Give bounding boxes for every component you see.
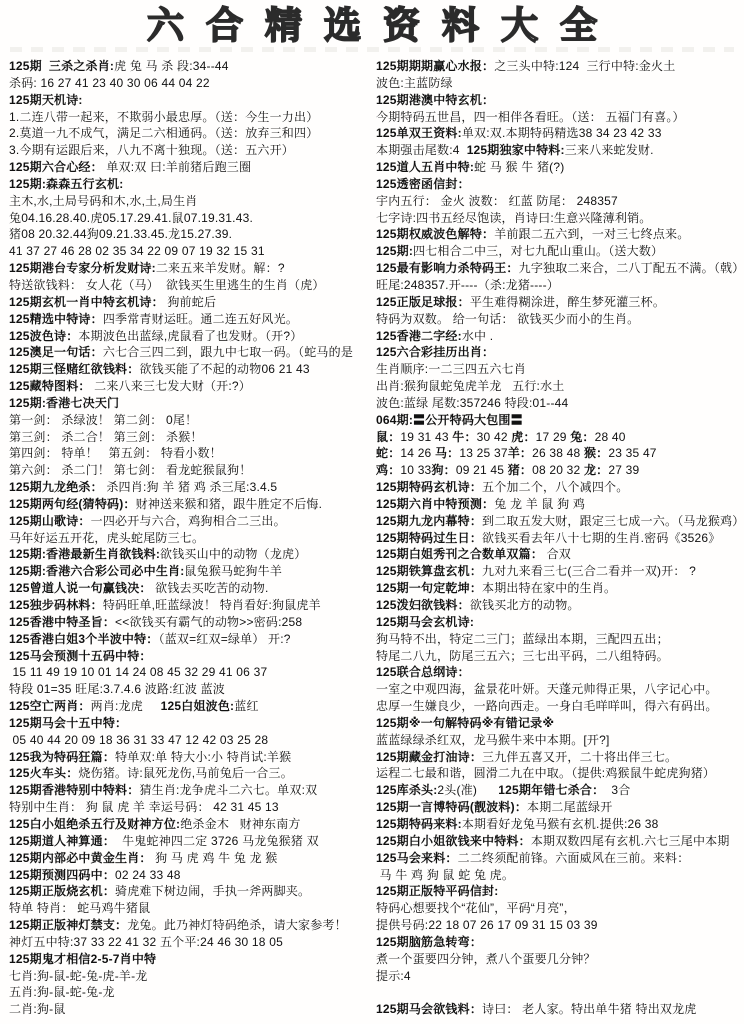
- text-line: 2.莫道一九不成气，满足二六相通码。（送：放弃三和四）: [9, 125, 372, 142]
- section-text: 合双: [543, 547, 571, 561]
- section-label: 125期正版神灯禁支：: [9, 918, 127, 932]
- section-text: 14 26: [400, 446, 435, 460]
- text-line: 125期期期赢心水报：之三头中特:124 三行中特:金火土: [376, 58, 744, 75]
- section-label: 125期两句经(猜特码)：: [9, 497, 136, 511]
- section-text: 05 40 44 20 09 18 36 31 33 47 12 42 03 2…: [9, 733, 268, 747]
- text-line: 125期:香港七决天门: [9, 395, 372, 412]
- section-text: 欲钱买北方的动物。: [470, 598, 580, 612]
- section-text: 五肖:狗-鼠-蛇-兔-龙: [9, 985, 115, 999]
- text-line: 宇内五行： 金火 波数： 红蓝 防尾： 248357: [376, 193, 744, 210]
- text-line: 神灯五中特:37 33 22 41 32 五个平:24 46 30 18 05: [9, 934, 372, 951]
- section-text: 到二取五发大财，跟定三七成一六。（马龙猴鸡）: [482, 514, 744, 528]
- section-text: 七字诗:四书五经尽饱读，肖诗曰:生意兴隆薄利销。: [376, 211, 651, 225]
- text-line: 第三剑： 杀二合！ 第三剑： 杀猴！: [9, 429, 372, 446]
- text-line: 125期三怪赌红欲钱料：欲钱买能了不起的动物06 21 43: [9, 361, 372, 378]
- text-line: 41 37 27 46 28 02 35 34 22 09 07 19 32 1…: [9, 243, 372, 260]
- section-label: 125期权威波色解特：: [376, 227, 494, 241]
- section-text: 水中 .: [462, 329, 493, 343]
- section-label: 125期道人神算通：: [9, 834, 115, 848]
- text-line: 064期:〓公开特码大包围〓: [376, 412, 744, 429]
- section-text: 平生难得糊涂进，醉生梦死灌三杯。: [470, 295, 665, 309]
- section-text: 四七相合二中三，对七九配山重山。（送大数）: [413, 244, 663, 258]
- section-label: 125马会预测十五码中特：: [9, 649, 152, 663]
- section-text: 第三剑： 杀二合！ 第三剑： 杀猴！: [9, 430, 203, 444]
- text-line: 马年好运五开花，虎头蛇尾防三七。: [9, 530, 372, 547]
- text-line: 125期※一句解特码※有错记录※: [376, 715, 744, 732]
- text-line: 特尾二八九，防尾三五六；三七出平码，二八组特码。: [376, 648, 744, 665]
- section-label: 125期六合心经：: [9, 160, 103, 174]
- section-text: 今期特码五世昌，四一相伴各看旺。（送： 五福门有喜。）: [376, 110, 685, 124]
- text-line: 125期藏金打油诗：三九伴五喜又开，二十将出伴三七。: [376, 749, 744, 766]
- text-line: 波色:蓝绿 尾数:357246 特段:01--44: [376, 395, 744, 412]
- section-label: 125期白小姐欲钱来中特料：: [376, 834, 531, 848]
- section-text: 财神送来猴和猪，跟牛胜定不后悔.: [136, 497, 323, 511]
- text-line: 特段 01=35 旺尾:3.7.4.6 波路:红波 蓝波: [9, 681, 372, 698]
- section-label: 125香港中特圣旨：: [9, 615, 115, 629]
- text-line: 鸡：10 33狗：09 21 45 猪：08 20 32 龙：27 39: [376, 462, 744, 479]
- section-text: 1.二连八带一起来，不欺弱小最忠厚。（送：今生一力出）: [9, 110, 318, 124]
- section-text: 27 39: [608, 463, 639, 477]
- content-columns: 125期 三杀之杀肖:虎 兔 马 杀 段:34--44杀码: 16 27 41 …: [0, 56, 744, 1018]
- section-label: 125期三怪赌红欲钱料：: [9, 362, 139, 376]
- section-text: 23 35 47: [608, 446, 656, 460]
- text-line: 出肖:猴狗鼠蛇兔虎羊龙 五行:水土: [376, 378, 744, 395]
- section-text: 30 42: [477, 430, 512, 444]
- section-text: 10 33: [400, 463, 431, 477]
- text-line: 旺尾:248357.开----（杀:龙猪----）: [376, 277, 744, 294]
- section-text: 特码心想要找个“花仙”，平码“月亮”，: [376, 901, 576, 915]
- text-line: 特送欲钱料： 女人花（马） 欲钱买生里逃生的生肖（虎）: [9, 277, 372, 294]
- print-residue-decor: [10, 47, 734, 52]
- text-line: 125期六合心经： 单双:双 曰:羊前猪后跑三圈: [9, 159, 372, 176]
- text-line: 二肖:狗-鼠: [9, 1001, 372, 1018]
- section-text: 19 31 43: [400, 430, 452, 444]
- text-line: 狗马特不出，特定二三门；蓝绿出本期，三配四五出；: [376, 631, 744, 648]
- section-label: 125期九龙绝杀：: [9, 480, 103, 494]
- text-line: 125期铁算盘玄机：九对九来看三七(三合二看并一双)开： ?: [376, 563, 744, 580]
- section-label: 125期九龙内幕特：: [376, 514, 482, 528]
- section-text: 马年好运五开花，虎头蛇尾防三七。: [9, 531, 204, 545]
- section-text: 煮一个蛋要四分钟，煮八个蛋要几分钟？: [376, 952, 596, 966]
- section-label: 125火车头：: [9, 766, 78, 780]
- text-line: 特码心想要找个“花仙”，平码“月亮”，: [376, 900, 744, 917]
- text-line: 125期:香港最新生肖欲钱料:欲钱买山中的动物（龙虎）: [9, 546, 372, 563]
- section-text: 马 牛 鸡 狗 鼠 蛇 兔 虎。: [376, 868, 514, 882]
- section-text: 两肖:龙虎: [91, 699, 161, 713]
- section-text: 特码旺单,旺蓝绿波！ 特肖看好:狗鼠虎羊: [103, 598, 321, 612]
- section-label: 125期预测四码中：: [9, 868, 115, 882]
- text-line: 125期马会十五中特：: [9, 715, 372, 732]
- section-text: 单双:双 曰:羊前猪后跑三圈: [103, 160, 251, 174]
- text-line: 125期特码来料:本期看好龙兔马猴有玄机.提供:26 38: [376, 816, 744, 833]
- text-line: 第六剑： 杀二门！ 第七剑： 看龙蛇猴鼠狗！: [9, 462, 372, 479]
- section-text: 虎 兔 马 杀 段:34--44: [114, 59, 229, 73]
- text-line: 运程二七最和谐，圆滑二九在中取。（提供:鸡猴鼠牛蛇虎狗猪）: [376, 765, 744, 782]
- text-line: 125期白姐秀刊之合数单双篇： 合双: [376, 546, 744, 563]
- text-line: 125泼妇欲钱料：欲钱买北方的动物。: [376, 597, 744, 614]
- section-label: 064期:〓公开特码大包围〓: [376, 413, 523, 427]
- text-line: 杀码: 16 27 41 23 40 30 06 44 04 22: [9, 75, 372, 92]
- text-line: 本期强击尾数:4 125期独家中特料:三来八来蛇发财.: [376, 142, 744, 159]
- section-label: 125期:香港六合彩公司必中生肖:: [9, 564, 184, 578]
- section-text: 特段 01=35 旺尾:3.7.4.6 波路:红波 蓝波: [9, 682, 225, 696]
- section-text: 旺尾:248357.开----（杀:龙猪----）: [376, 278, 559, 292]
- section-text: 本期波色出蓝绿,虎鼠看了也发财。（开?）: [78, 329, 302, 343]
- section-text: 九字独取二来合，二八丁配五不满。（戟）: [519, 261, 744, 275]
- section-text: 本期双数四尾有玄机.六七三尾中本期: [531, 834, 730, 848]
- text-line: 125期两句经(猜特码)：财神送来猴和猪，跟牛胜定不后悔.: [9, 496, 372, 513]
- text-line: 125期一言博特码(靓波料)：本期二尾蓝绿开: [376, 799, 744, 816]
- text-line: 125期:香港六合彩公司必中生肖:鼠兔猴马蛇狗牛羊: [9, 563, 372, 580]
- section-text: 13 25 37: [459, 446, 507, 460]
- section-label: 125香港二字经:: [376, 329, 462, 343]
- section-text: 五个加二个，八个减四个。: [482, 480, 628, 494]
- text-line: 125期特码过生日：欲钱买看去年八十七期的生肖.密码《3526》: [376, 530, 744, 547]
- section-label: 125期特码来料:: [376, 817, 462, 831]
- section-label: 125期一句定乾坤：: [376, 581, 482, 595]
- section-text: 诗曰： 老人家。特出单牛猪 特出双龙虎: [482, 1002, 696, 1016]
- text-line: 五肖:狗-鼠-蛇-兔-龙: [9, 984, 372, 1001]
- section-label: 125期:香港最新生肖欲钱料:: [9, 547, 160, 561]
- text-line: 125最有影响力杀特码王：九字独取二来合，二八丁配五不满。（戟）: [376, 260, 744, 277]
- section-text: 二来五来羊发财。解：?: [156, 261, 285, 275]
- text-line: 煮一个蛋要四分钟，煮八个蛋要几分钟？: [376, 951, 744, 968]
- text-line: 125马会预测十五码中特：: [9, 648, 372, 665]
- lottery-info-sheet: 六合精选资料大全 125期 三杀之杀肖:虎 兔 马 杀 段:34--44杀码: …: [0, 0, 744, 1024]
- section-label: 125马会来料：: [376, 851, 458, 865]
- section-text: 六七合三四二到，跟九中七取一码。（蛇马的是: [103, 345, 353, 359]
- section-text: 兔 龙 羊 鼠 狗 鸡: [494, 497, 585, 511]
- text-line: 125联合总纲诗：: [376, 664, 744, 681]
- section-label: 125白姐波色:: [161, 699, 235, 713]
- section-text: 17 29: [536, 430, 571, 444]
- section-label: 125期:香港七决天门: [9, 396, 119, 410]
- section-text: 羊前跟二五六到，一对三七终点来。: [494, 227, 689, 241]
- text-line: 125我为特码狂篇：特单双:单 特大小:小 特肖试:羊猴: [9, 749, 372, 766]
- section-label: 125期※一句解特码※有错记录※: [376, 716, 554, 730]
- section-label: 蛇：: [376, 446, 400, 460]
- text-line: 特别中生肖： 狗 鼠 虎 羊 幸运号码： 42 31 45 13: [9, 799, 372, 816]
- text-line: 提供号码:22 18 07 26 17 09 31 15 03 39: [376, 917, 744, 934]
- text-line: 125期山歌诗：一四必开与六合，鸡狗相合二三出。: [9, 513, 372, 530]
- text-line: 125正版足球报：平生难得糊涂进，醉生梦死灌三杯。: [376, 294, 744, 311]
- section-text: 烧伤猪。诗:鼠死龙伤,马前兔后一合三。: [78, 766, 292, 780]
- section-text: <<欲钱买有霸气的动物>>密码:258: [115, 615, 302, 629]
- section-label: 鼠：: [376, 430, 400, 444]
- section-label: 龙：: [584, 463, 608, 477]
- section-label: 125期特码过生日：: [376, 531, 482, 545]
- section-label: 125联合总纲诗：: [376, 665, 470, 679]
- section-text: 二来八来三七发大财（开:?）: [91, 379, 251, 393]
- section-text: 蛇 马 猴 牛 猪(?): [474, 160, 564, 174]
- section-text: 欲钱买山中的动物（龙虎）: [160, 547, 306, 561]
- section-label: 125期港澳中特玄机：: [376, 93, 494, 107]
- section-label: 鸡：: [376, 463, 400, 477]
- text-line: 提示:4: [376, 968, 744, 985]
- section-label: 125期藏金打油诗：: [376, 750, 482, 764]
- text-line: 马 牛 鸡 狗 鼠 蛇 兔 虎。: [376, 867, 744, 884]
- text-line: 125期权威波色解特：羊前跟二五六到，一对三七终点来。: [376, 226, 744, 243]
- section-text: 本期强击尾数:4: [376, 143, 467, 157]
- section-text: 第一剑： 杀绿波！ 第二剑： 0尾！: [9, 413, 197, 427]
- text-line: 125期 三杀之杀肖:虎 兔 马 杀 段:34--44: [9, 58, 372, 75]
- section-text: （蓝双=红双=绿单） 开:?: [159, 632, 291, 646]
- section-text: 杀四肖:狗 羊 猪 鸡 杀三尾:3.4.5: [103, 480, 277, 494]
- section-text: 特单 特肖： 蛇马鸡牛猪鼠: [9, 901, 150, 915]
- text-line: 蛇：14 26 马：13 25 37羊：26 38 48 猴：23 35 47: [376, 445, 744, 462]
- section-text: 出肖:猴狗鼠蛇兔虎羊龙 五行:水土: [376, 379, 564, 393]
- section-text: 蓝红: [234, 699, 258, 713]
- text-line: 125期九龙绝杀： 杀四肖:狗 羊 猪 鸡 杀三尾:3.4.5: [9, 479, 372, 496]
- section-text: 鼠兔猴马蛇狗牛羊: [184, 564, 282, 578]
- section-label: 125泼妇欲钱料：: [376, 598, 470, 612]
- text-line: 125期道人神算通： 牛鬼蛇神四二定 3726 马龙兔猴猪 双: [9, 833, 372, 850]
- text-line: 第一剑： 杀绿波！ 第二剑： 0尾！: [9, 412, 372, 429]
- section-text: 本期二尾蓝绿开: [527, 800, 612, 814]
- section-label: 125期:: [376, 244, 413, 258]
- section-label: 125期年错七杀合：: [498, 783, 604, 797]
- section-text: 绝杀金木 财神东南方: [180, 817, 300, 831]
- section-text: 兔04.16.28.40.虎05.17.29.41.鼠07.19.31.43.: [9, 211, 253, 225]
- text-line: 05 40 44 20 09 18 36 31 33 47 12 42 03 2…: [9, 732, 372, 749]
- text-line: 兔04.16.28.40.虎05.17.29.41.鼠07.19.31.43.: [9, 210, 372, 227]
- text-line: 125空亡两肖：两肖:龙虎 125白姐波色:蓝红: [9, 698, 372, 715]
- section-text: 特送欲钱料： 女人花（马） 欲钱买生里逃生的生肖（虎）: [9, 278, 325, 292]
- text-line: 125期香港特别中特料：猜生肖:龙争虎斗二六七。单双:双: [9, 782, 372, 799]
- section-text: 第四剑： 特单！ 第五剑： 特看小数！: [9, 446, 222, 460]
- text-line: 125期鬼才相信2-5-7肖中特: [9, 951, 372, 968]
- section-text: 生肖顺序:一二三四五六七肖: [376, 362, 526, 376]
- text-line: 125香港白姐3个半波中特：（蓝双=红双=绿单） 开:?: [9, 631, 372, 648]
- section-text: 波色:主蓝防绿: [376, 76, 453, 90]
- section-text: 41 37 27 46 28 02 35 34 22 09 07 19 32 1…: [9, 244, 265, 258]
- section-label: 125期期期赢心水报：: [376, 59, 494, 73]
- section-label: 125我为特码狂篇：: [9, 750, 115, 764]
- text-line: 125期正版神灯禁支：龙兔。此乃神灯特码绝杀，请大家参考！: [9, 917, 372, 934]
- text-line: 猪08 20.32.44狗09.21.33.45.龙15.27.39.: [9, 226, 372, 243]
- section-text: 七肖:狗-鼠-蛇-兔-虎-羊-龙: [9, 969, 148, 983]
- section-label: 125期香港特别中特料：: [9, 783, 139, 797]
- text-line: 今期特码五世昌，四一相伴各看旺。（送： 五福门有喜。）: [376, 109, 744, 126]
- section-text: 蓝蓝绿绿杀红双，龙马猴牛来中本期。[开?]: [376, 733, 610, 747]
- section-label: 125期白姐秀刊之合数单双篇：: [376, 547, 543, 561]
- text-line: 特码为双数。 给一句话： 欲钱买少而小的生肖。: [376, 311, 744, 328]
- section-label: 125期马会欲钱料：: [376, 1002, 482, 1016]
- section-label: 125期独家中特料:: [467, 143, 565, 157]
- section-text: 08 20 32: [532, 463, 584, 477]
- section-text: 宇内五行： 金火 波数： 红蓝 防尾： 248357: [376, 194, 618, 208]
- section-text: 三九伴五喜又开，二十将出伴三七。: [482, 750, 677, 764]
- section-label: 125期六肖中特预测：: [376, 497, 494, 511]
- section-text: 28 40: [595, 430, 626, 444]
- section-label: 125期正版特平码信封:: [376, 884, 498, 898]
- page-title: 六合精选资料大全: [125, 6, 619, 46]
- section-text: 2头(准): [437, 783, 498, 797]
- section-text: 09 21 45: [456, 463, 508, 477]
- text-line: 125期预测四码中：02 24 33 48: [9, 867, 372, 884]
- section-label: 125期正版烧玄机：: [9, 884, 115, 898]
- text-line: 125澳足一句话：六七合三四二到，跟九中七取一码。（蛇马的是: [9, 344, 372, 361]
- section-text: 神灯五中特:37 33 22 41 32 五个平:24 46 30 18 05: [9, 935, 283, 949]
- section-text: 3.今期有运跟后来，八九不离十独现。（送：五六开）: [9, 143, 294, 157]
- text-line: 125期白小姐欲钱来中特料：本期双数四尾有玄机.六七三尾中本期: [376, 833, 744, 850]
- section-text: 之三头中特:124 三行中特:金火土: [494, 59, 675, 73]
- section-label: 马：: [435, 446, 459, 460]
- text-line: 125期一句定乾坤：本期出特在家中的生肖。: [376, 580, 744, 597]
- section-text: 狗前蛇后: [164, 295, 216, 309]
- text-line: 125期:森森五行玄机:: [9, 176, 372, 193]
- section-label: 125期天机诗:: [9, 93, 83, 107]
- section-text: 特尾二八九，防尾三五六；三七出平码，二八组特码。: [376, 649, 669, 663]
- section-label: 125正版足球报：: [376, 295, 470, 309]
- section-text: 本期出特在家中的生肖。: [482, 581, 616, 595]
- text-line: 125期天机诗:: [9, 92, 372, 109]
- text-line: 125火车头：烧伤猪。诗:鼠死龙伤,马前兔后一合三。: [9, 765, 372, 782]
- text-line: 一室之中观四海，盆景花叶妍。天蓬元帅得正果，八字记心中。: [376, 681, 744, 698]
- section-text: 忠厚一生嫌良少，一路向西走。一身白毛咩咩叫，得六有码出。: [376, 699, 718, 713]
- section-label: 125单双王资料:: [376, 126, 462, 140]
- section-label: 125期港台专家分析发财诗:: [9, 261, 156, 275]
- section-label: 125六合彩挂历出肖：: [376, 345, 494, 359]
- section-text: 杀码: 16 27 41 23 40 30 06 44 04 22: [9, 76, 210, 90]
- text-line: 125期玄机一肖中特玄机诗： 狗前蛇后: [9, 294, 372, 311]
- text-line: 125期:四七相合二中三，对七九配山重山。（送大数）: [376, 243, 744, 260]
- text-line: 七字诗:四书五经尽饱读，肖诗曰:生意兴隆薄利销。: [376, 210, 744, 227]
- section-text: 一四必开与六合，鸡狗相合二三出。: [91, 514, 286, 528]
- text-line: 125期九龙内幕特：到二取五发大财，跟定三七成一六。（马龙猴鸡）: [376, 513, 744, 530]
- text-line: 125香港二字经:水中 .: [376, 328, 744, 345]
- section-text: 3合: [604, 783, 630, 797]
- text-line: 125库杀头:2头(准) 125期年错七杀合： 3合: [376, 782, 744, 799]
- section-label: 125期铁算盘玄机：: [376, 564, 482, 578]
- section-label: 125期马会十五中特：: [9, 716, 127, 730]
- text-line: 125期马会玄机诗:: [376, 614, 744, 631]
- section-label: 125库杀头:: [376, 783, 437, 797]
- right-column: 125期期期赢心水报：之三头中特:124 三行中特:金火土波色:主蓝防绿125期…: [372, 58, 744, 1018]
- section-label: 125曾道人说一句赢钱决：: [9, 581, 152, 595]
- section-text: 提示:4: [376, 969, 411, 983]
- section-text: 四季常青财运旺。通二连五好风光。: [103, 312, 298, 326]
- text-line: 125精选中特诗：四季常青财运旺。通二连五好风光。: [9, 311, 372, 328]
- section-label: 125期:森森五行玄机:: [9, 177, 123, 191]
- section-text: 牛鬼蛇神四二定 3726 马龙兔猴猪 双: [115, 834, 319, 848]
- text-line: 主木,水,土局号码和木,水,土,局生肖: [9, 193, 372, 210]
- text-line: 125期正版烧玄机：骑虎难下树边闹，手执一斧两脚夹。: [9, 883, 372, 900]
- section-text: 狗 马 虎 鸡 牛 兔 龙 猴: [152, 851, 278, 865]
- section-label: 125香港白姐3个半波中特：: [9, 632, 159, 646]
- masthead: 六合精选资料大全: [0, 0, 744, 56]
- text-line: 波色:主蓝防绿: [376, 75, 744, 92]
- text-line: 1.二连八带一起来，不欺弱小最忠厚。（送：今生一力出）: [9, 109, 372, 126]
- section-text: 二肖:狗-鼠: [9, 1002, 66, 1016]
- section-label: 125白小姐绝杀五行及财神方位:: [9, 817, 180, 831]
- text-line: 125波色诗：本期波色出蓝绿,虎鼠看了也发财。（开?）: [9, 328, 372, 345]
- section-text: 骑虎难下树边闹，手执一斧两脚夹。: [115, 884, 310, 898]
- section-text: 单双:双.本期特码精选38 34 23 42 33: [462, 126, 662, 140]
- text-line: 125期马会欲钱料：诗曰： 老人家。特出单牛猪 特出双龙虎: [376, 1001, 744, 1018]
- text-line: 125马会来料：二二终须配前锋。六面威风在三前。来料：: [376, 850, 744, 867]
- section-text: 本期看好龙兔马猴有玄机.提供:26 38: [462, 817, 659, 831]
- text-line: 125期正版特平码信封:: [376, 883, 744, 900]
- left-column: 125期 三杀之杀肖:虎 兔 马 杀 段:34--44杀码: 16 27 41 …: [0, 58, 372, 1018]
- section-label: 125空亡两肖：: [9, 699, 91, 713]
- section-label: 125期脑筋急转弯：: [376, 935, 482, 949]
- section-label: 羊：: [508, 446, 532, 460]
- section-label: 猪：: [508, 463, 532, 477]
- text-line: 125期六肖中特预测：兔 龙 羊 鼠 狗 鸡: [376, 496, 744, 513]
- text-line: 125期港澳中特玄机：: [376, 92, 744, 109]
- text-line: 3.今期有运跟后来，八九不离十独现。（送：五六开）: [9, 142, 372, 159]
- section-label: 狗：: [431, 463, 455, 477]
- text-line: 七肖:狗-鼠-蛇-兔-虎-羊-龙: [9, 968, 372, 985]
- section-text: 2.莫道一九不成气，满足二六相通码。（送：放弃三和四）: [9, 126, 318, 140]
- section-text: 欲钱去买吃苦的动物.: [152, 581, 269, 595]
- text-line: 125香港中特圣旨：<<欲钱买有霸气的动物>>密码:258: [9, 614, 372, 631]
- section-label: 125期鬼才相信2-5-7肖中特: [9, 952, 156, 966]
- section-label: 兔：: [570, 430, 594, 444]
- text-line: 125期脑筋急转弯：: [376, 934, 744, 951]
- text-line: 125透密函信封：: [376, 176, 744, 193]
- section-text: 特单双:单 特大小:小 特肖试:羊猴: [115, 750, 291, 764]
- section-label: 125澳足一句话：: [9, 345, 103, 359]
- section-label: 猴：: [584, 446, 608, 460]
- text-line: 125期港台专家分析发财诗:二来五来羊发财。解：?: [9, 260, 372, 277]
- text-line: 15 11 49 19 10 01 14 24 08 45 32 29 41 0…: [9, 664, 372, 681]
- text-line: 第四剑： 特单！ 第五剑： 特看小数！: [9, 445, 372, 462]
- text-line: 125白小姐绝杀五行及财神方位:绝杀金木 财神东南方: [9, 816, 372, 833]
- text-line: 125独步码林料：特码旺单,旺蓝绿波！ 特肖看好:狗鼠虎羊: [9, 597, 372, 614]
- section-text: 九对九来看三七(三合二看并一双)开： ?: [482, 564, 696, 578]
- section-text: 猪08 20.32.44狗09.21.33.45.龙15.27.39.: [9, 227, 232, 241]
- section-text: 主木,水,土局号码和木,水,土,局生肖: [9, 194, 197, 208]
- section-label: 125精选中特诗：: [9, 312, 103, 326]
- section-label: 125期特码玄机诗：: [376, 480, 482, 494]
- section-label: 125期玄机一肖中特玄机诗：: [9, 295, 164, 309]
- section-label: 牛：: [452, 430, 476, 444]
- section-text: 运程二七最和谐，圆滑二九在中取。（提供:鸡猴鼠牛蛇虎狗猪）: [376, 766, 715, 780]
- section-text: 二二终须配前锋。六面威风在三前。来料：: [458, 851, 690, 865]
- section-label: 125期一言博特码(靓波料)：: [376, 800, 527, 814]
- text-line: 125单双王资料:单双:双.本期特码精选38 34 23 42 33: [376, 125, 744, 142]
- text-line: 忠厚一生嫌良少，一路向西走。一身白毛咩咩叫，得六有码出。: [376, 698, 744, 715]
- text-line: 蓝蓝绿绿杀红双，龙马猴牛来中本期。[开?]: [376, 732, 744, 749]
- section-label: 虎：: [511, 430, 535, 444]
- text-line: [376, 984, 744, 1001]
- text-line: 125曾道人说一句赢钱决： 欲钱去买吃苦的动物.: [9, 580, 372, 597]
- section-label: 125藏特图料：: [9, 379, 91, 393]
- section-text: 15 11 49 19 10 01 14 24 08 45 32 29 41 0…: [9, 665, 267, 679]
- section-text: 26 38 48: [532, 446, 584, 460]
- section-label: 125期内部必中黄金生肖：: [9, 851, 152, 865]
- text-line: 125六合彩挂历出肖：: [376, 344, 744, 361]
- section-text: 三来八来蛇发财.: [565, 143, 654, 157]
- text-line: 125期内部必中黄金生肖： 狗 马 虎 鸡 牛 兔 龙 猴: [9, 850, 372, 867]
- section-text: 特别中生肖： 狗 鼠 虎 羊 幸运号码： 42 31 45 13: [9, 800, 279, 814]
- text-line: 鼠：19 31 43 牛：30 42 虎：17 29 兔：28 40: [376, 429, 744, 446]
- section-text: 第六剑： 杀二门！ 第七剑： 看龙蛇猴鼠狗！: [9, 463, 251, 477]
- section-label: 125期山歌诗：: [9, 514, 91, 528]
- section-label: 125期 三杀之杀肖:: [9, 59, 114, 73]
- section-text: 特码为双数。 给一句话： 欲钱买少而小的生肖。: [376, 312, 639, 326]
- section-text: 狗马特不出，特定二三门；蓝绿出本期，三配四五出；: [376, 632, 669, 646]
- section-text: 提供号码:22 18 07 26 17 09 31 15 03 39: [376, 918, 598, 932]
- section-label: 125波色诗：: [9, 329, 78, 343]
- text-line: 125道人五肖中特:蛇 马 猴 牛 猪(?): [376, 159, 744, 176]
- section-text: 一室之中观四海，盆景花叶妍。天蓬元帅得正果，八字记心中。: [376, 682, 718, 696]
- section-text: 02 24 33 48: [115, 868, 181, 882]
- section-label: 125期马会玄机诗:: [376, 615, 474, 629]
- section-text: 猜生肖:龙争虎斗二六七。单双:双: [139, 783, 317, 797]
